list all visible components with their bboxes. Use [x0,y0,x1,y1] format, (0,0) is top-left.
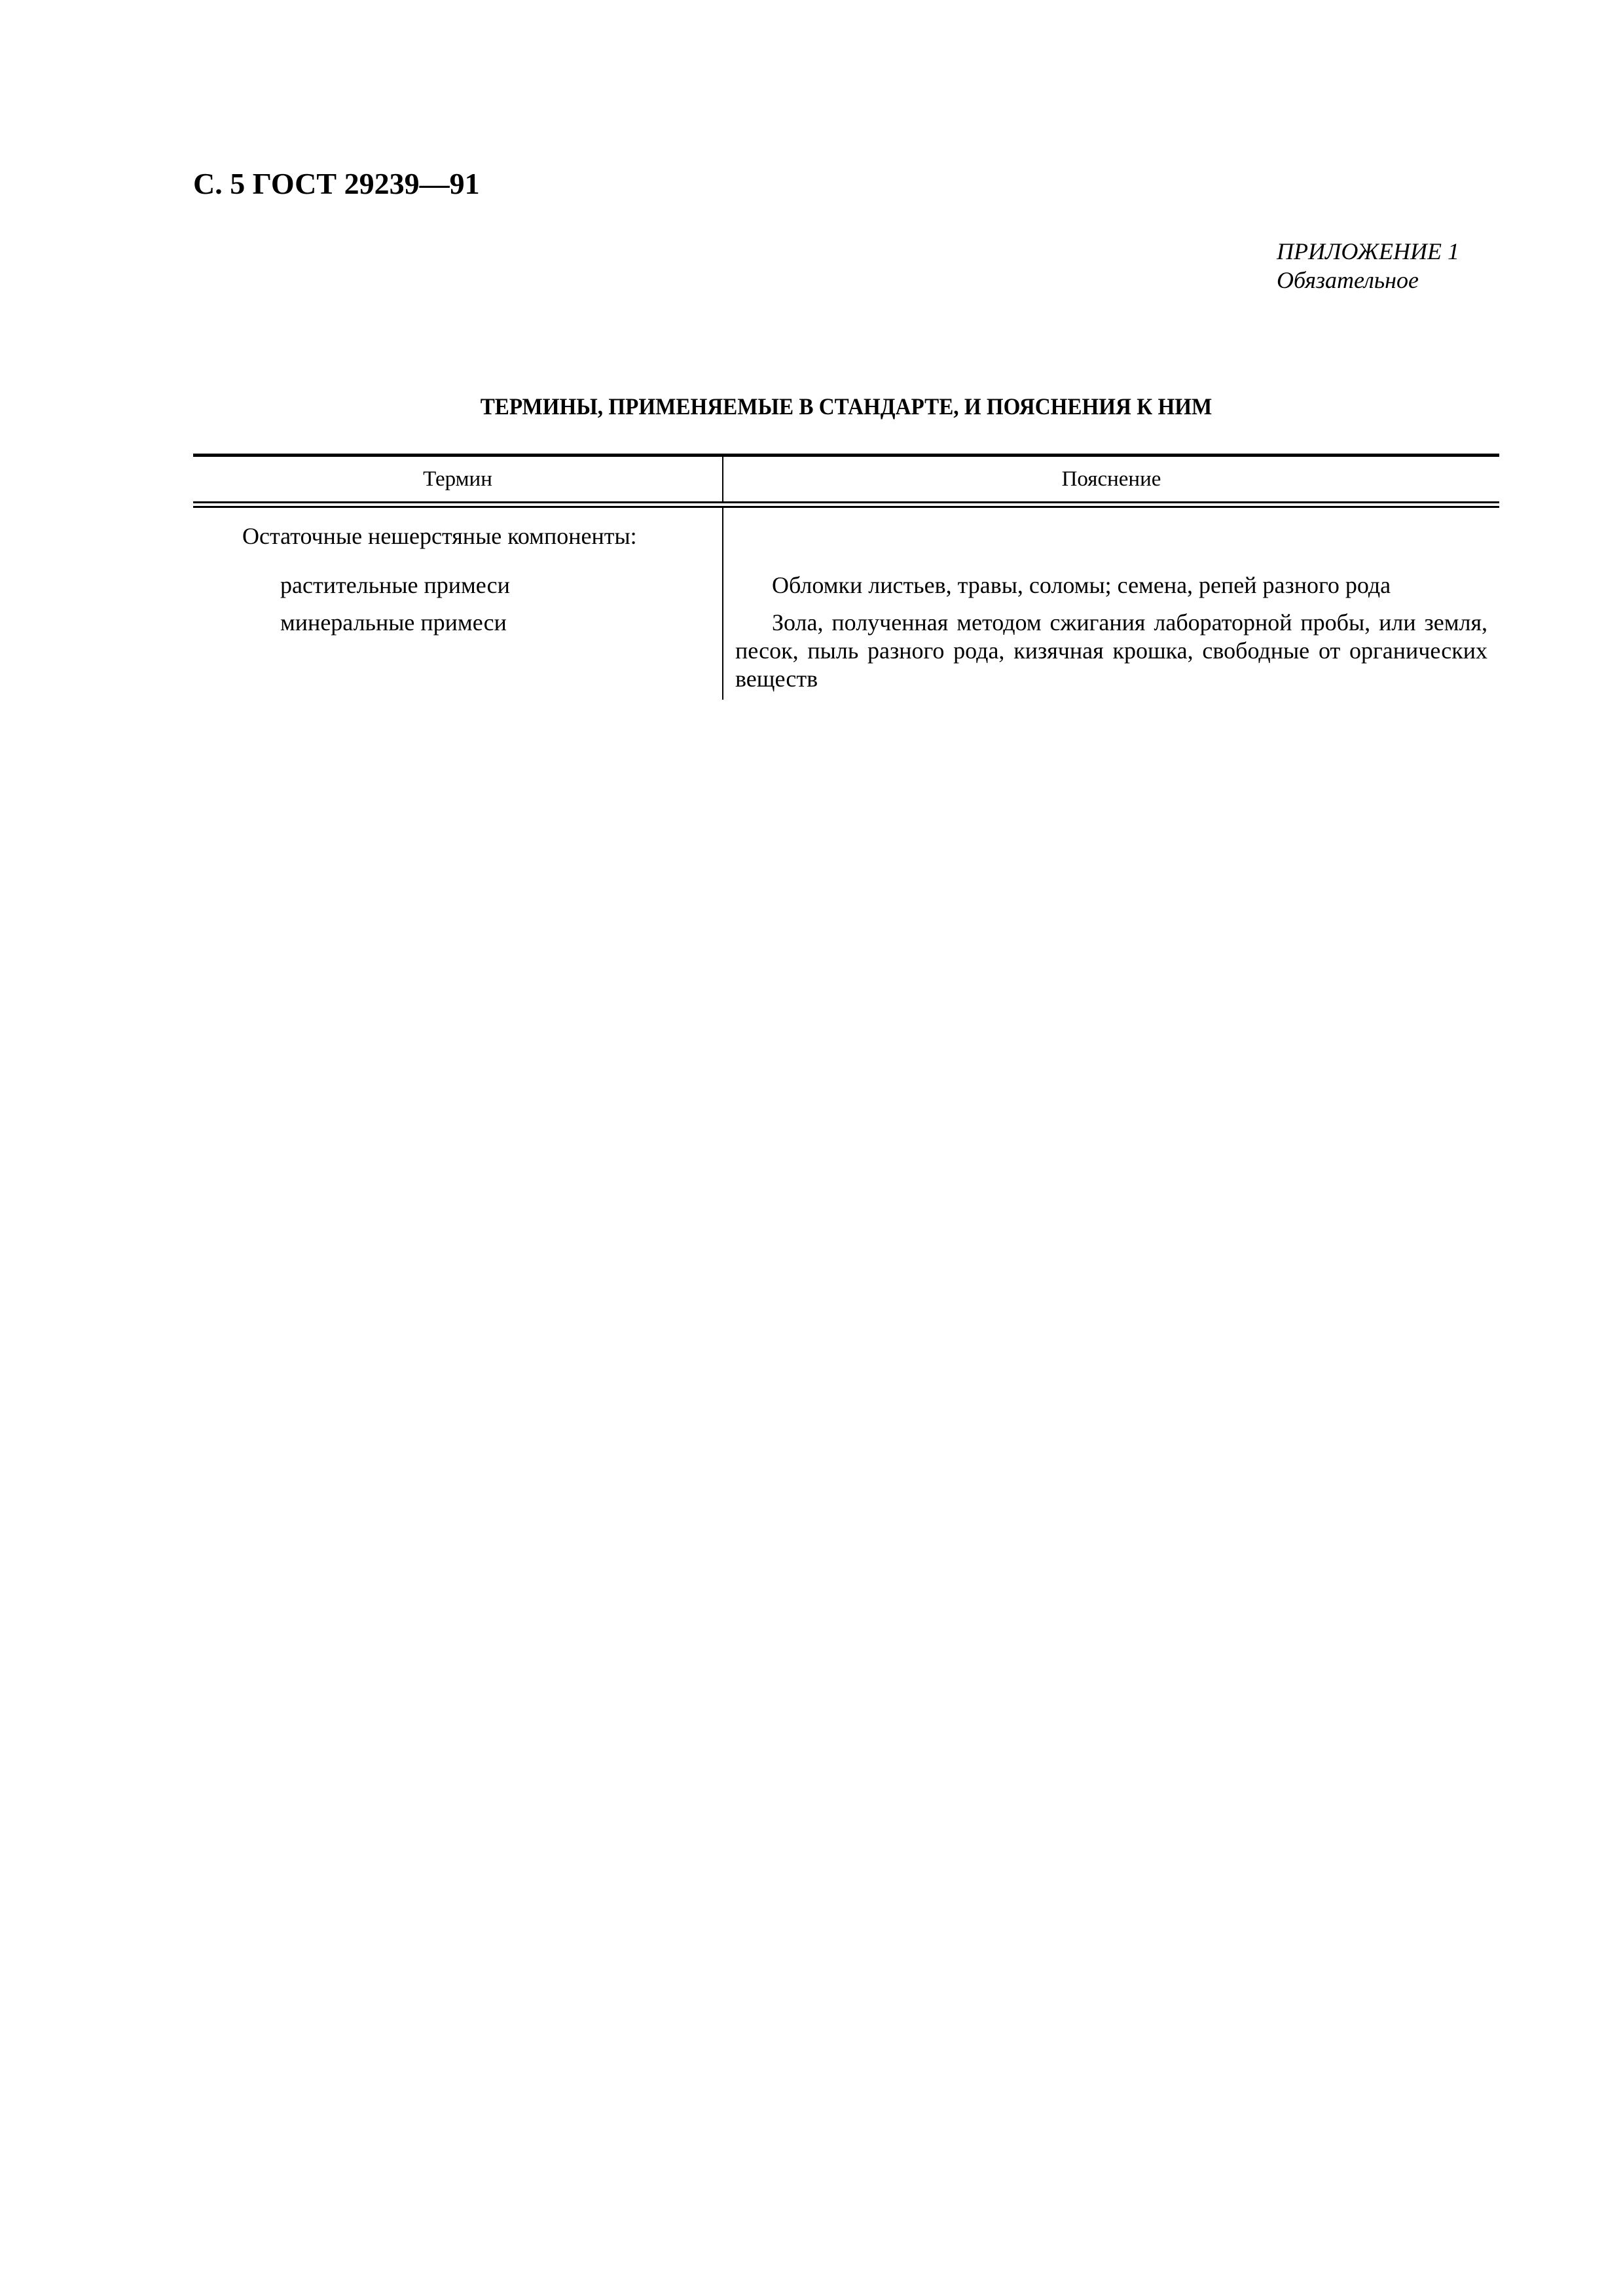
group-term: Остаточные нешерстяные компоненты: [193,522,722,550]
table-row: растительные примеси Обломки листьев, тр… [193,562,1499,600]
appendix-status: Обязательное [1277,266,1459,295]
terms-table: Термин Пояснение Остаточные нешерстяные … [193,454,1499,700]
table-row-group: Остаточные нешерстяные компоненты: [193,505,1499,562]
term-cell: минеральные примеси [193,600,723,700]
explanation-cell [723,505,1499,562]
column-header-term: Термин [193,456,723,505]
column-header-explanation: Пояснение [723,456,1499,505]
appendix-block: ПРИЛОЖЕНИЕ 1 Обязательное [1277,237,1459,295]
appendix-label: ПРИЛОЖЕНИЕ 1 [1277,237,1459,266]
term-text: растительные примеси [193,571,722,600]
page-header: С. 5 ГОСТ 29239—91 [193,166,480,201]
term-cell: растительные примеси [193,562,723,600]
term-cell: Остаточные нешерстяные компоненты: [193,505,723,562]
explanation-cell: Зола, полученная методом сжигания лабора… [723,600,1499,700]
explanation-cell: Обломки листьев, травы, соломы; семена, … [723,562,1499,600]
term-text: минеральные примеси [193,609,722,637]
table-header-row: Термин Пояснение [193,456,1499,505]
explanation-text: Зола, полученная методом сжигания лабора… [723,609,1499,693]
table-title: ТЕРМИНЫ, ПРИМЕНЯЕМЫЕ В СТАНДАРТЕ, И ПОЯС… [246,393,1447,420]
explanation-text: Обломки листьев, травы, соломы; семена, … [723,571,1499,600]
table-row: минеральные примеси Зола, полученная мет… [193,600,1499,700]
